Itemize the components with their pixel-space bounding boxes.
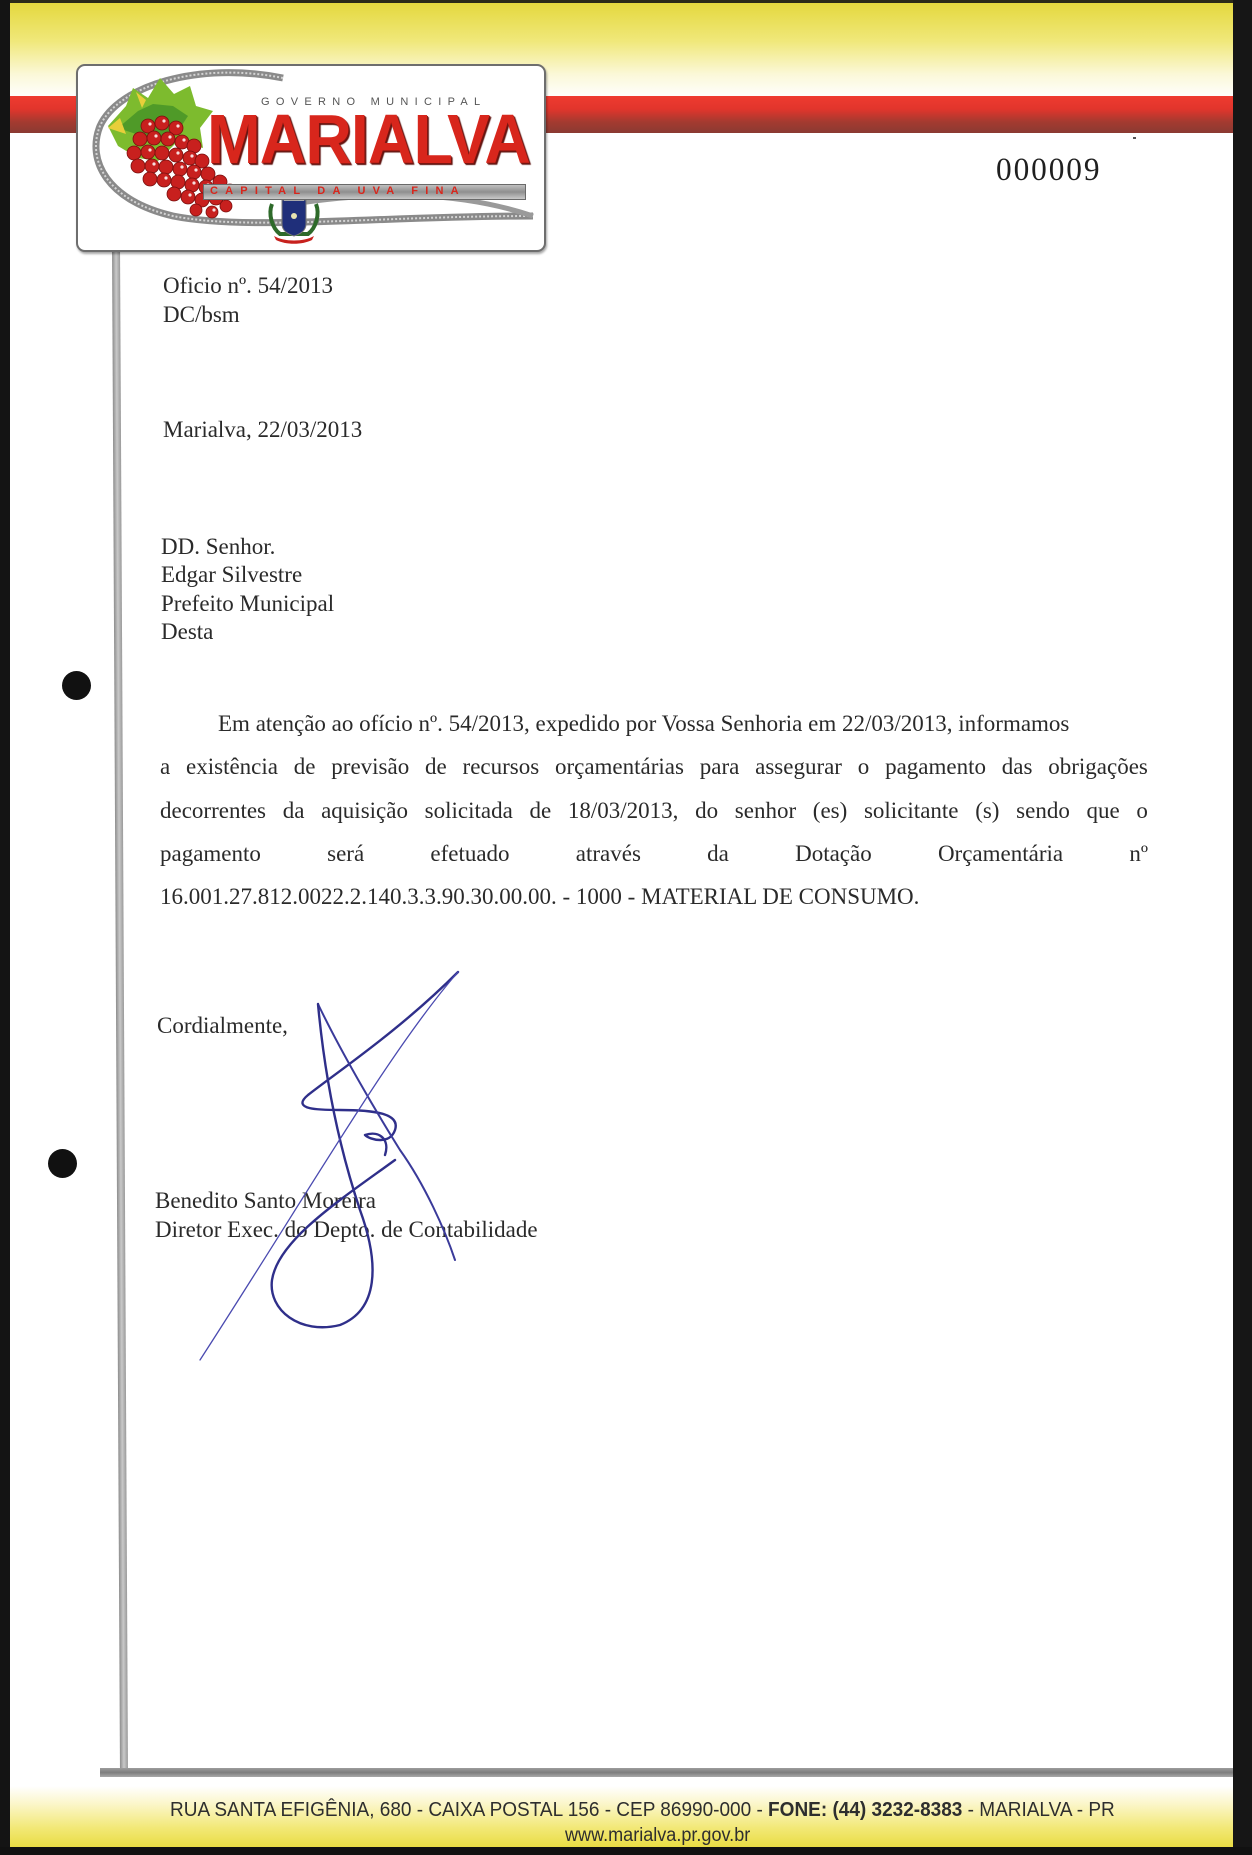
- word: Orçamentária: [938, 840, 1063, 868]
- page-frame-bottom-rule: [100, 1768, 1233, 1777]
- reference-code: DC/bsm: [163, 301, 240, 329]
- word: pagamento: [160, 840, 261, 868]
- scan-speck: [1133, 137, 1136, 139]
- footer-website[interactable]: www.marialva.pr.gov.br: [565, 1825, 750, 1847]
- scan-edge-bottom: [0, 1847, 1252, 1855]
- place-date: Marialva, 22/03/2013: [163, 416, 362, 444]
- recipient-name: Edgar Silvestre: [161, 561, 302, 589]
- body-line-3: decorrentes da aquisição solicitada de 1…: [160, 797, 1148, 825]
- word: senhor: [735, 797, 796, 825]
- logo-city-name: MARIALVA: [207, 104, 530, 174]
- word: de: [294, 753, 316, 781]
- page-frame-left-rule: [112, 250, 128, 1770]
- word: de: [529, 797, 551, 825]
- hole-punch-top: [62, 671, 91, 700]
- word: aquisição: [321, 797, 408, 825]
- word: através: [576, 840, 641, 868]
- word: solicitante: [864, 797, 959, 825]
- word: obrigações: [1048, 753, 1148, 781]
- municipal-logo: GOVERNO MUNICIPAL MARIALVA CAPITAL DA UV…: [76, 64, 546, 252]
- body-line-4: pagamento será efetuado através da Dotaç…: [160, 840, 1148, 868]
- word: (es): [813, 797, 847, 825]
- word: recursos: [463, 753, 540, 781]
- scan-edge-top: [0, 0, 1252, 3]
- word: será: [327, 840, 364, 868]
- scan-edge-left: [0, 0, 10, 1855]
- recipient-salutation: DD. Senhor.: [161, 533, 275, 561]
- body-line-2: a existência de previsão de recursos orç…: [160, 753, 1148, 781]
- handwritten-signature: [140, 960, 500, 1410]
- word: assegurar: [755, 753, 842, 781]
- recipient-location: Desta: [161, 618, 213, 646]
- footer-phone: FONE: (44) 3232-8383: [768, 1799, 962, 1821]
- footer-address: RUA SANTA EFIGÊNIA, 680 - CAIXA POSTAL 1…: [170, 1799, 1115, 1822]
- word: Dotação: [795, 840, 872, 868]
- footer-city-state: - MARIALVA - PR: [962, 1799, 1114, 1821]
- word: (s): [975, 797, 999, 825]
- word: da: [283, 797, 305, 825]
- word: das: [1002, 753, 1033, 781]
- word: existência: [186, 753, 278, 781]
- word: o: [858, 753, 870, 781]
- scan-edge-right: [1233, 0, 1252, 1855]
- body-line-5: 16.001.27.812.0022.2.140.3.3.90.30.00.00…: [160, 883, 1148, 911]
- hole-punch-bottom: [48, 1149, 77, 1178]
- word: efetuado: [430, 840, 509, 868]
- word: sendo: [1016, 797, 1070, 825]
- body-text: 16.001.27.812.0022.2.140.3.3.90.30.00.00…: [160, 884, 919, 909]
- word: de: [425, 753, 447, 781]
- word: previsão: [331, 753, 409, 781]
- word: do: [695, 797, 718, 825]
- word: orçamentárias: [555, 753, 684, 781]
- word: pagamento: [885, 753, 986, 781]
- word: a: [160, 753, 170, 781]
- word: decorrentes: [160, 797, 266, 825]
- footer-address-text: RUA SANTA EFIGÊNIA, 680 - CAIXA POSTAL 1…: [170, 1799, 768, 1821]
- word: para: [700, 753, 740, 781]
- word: nº: [1129, 840, 1148, 868]
- body-text: Em atenção ao ofício nº. 54/2013, expedi…: [218, 711, 1069, 736]
- reference-number: Oficio nº. 54/2013: [163, 272, 333, 300]
- document-number: 000009: [996, 152, 1101, 189]
- word: o: [1136, 797, 1148, 825]
- word: 18/03/2013,: [568, 797, 679, 825]
- word: da: [707, 840, 729, 868]
- recipient-title: Prefeito Municipal: [161, 590, 334, 618]
- word: que: [1087, 797, 1120, 825]
- body-line-1: Em atenção ao ofício nº. 54/2013, expedi…: [218, 710, 1148, 738]
- logo-tagline: CAPITAL DA UVA FINA: [210, 184, 522, 198]
- word: solicitada: [425, 797, 513, 825]
